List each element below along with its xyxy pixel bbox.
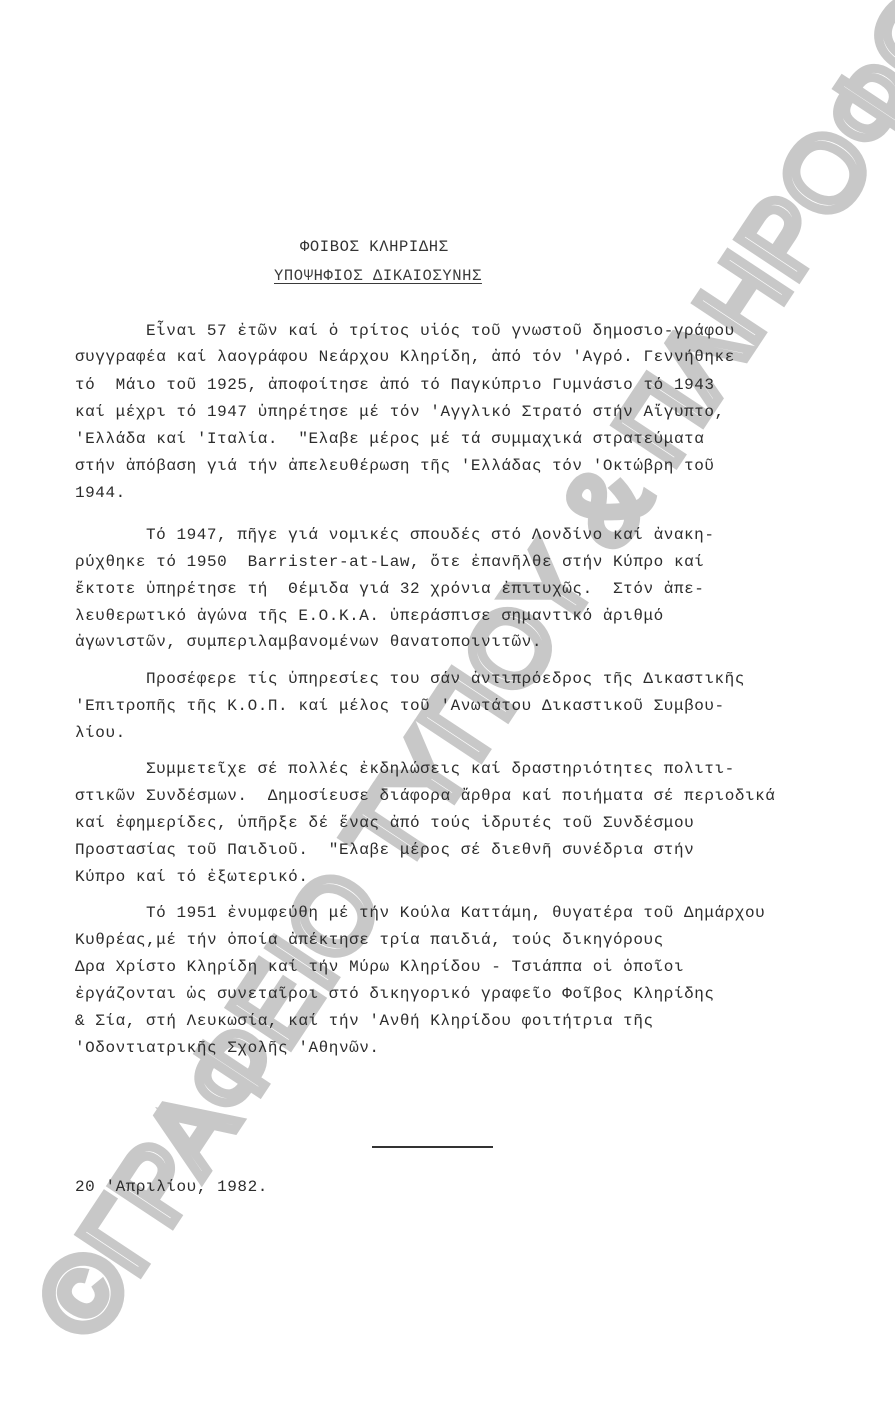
separator-rule <box>372 1146 493 1148</box>
text-line: 'Επιτροπῆς τῆς Κ.Ο.Π. καί μέλος τοῦ 'Ανω… <box>75 697 725 715</box>
text-line: Προσέφερε τίς ὑπηρεσίες του σάν ἀντιπρόε… <box>146 670 745 688</box>
text-line: Κυθρέας,μέ τήν ὁποία ἀπέκτησε τρία παιδι… <box>75 931 664 949</box>
text-line: 'Ελλάδα καί 'Ιταλία. "Ελαβε μέρος μέ τά … <box>75 430 704 448</box>
text-line: στήν ἀπόβαση γιά τήν ἀπελευθέρωση τῆς 'Ε… <box>75 457 715 475</box>
text-line: λευθερωτικό ἀγώνα τῆς Ε.Ο.Κ.Α. ὑπεράσπισ… <box>75 607 664 625</box>
text-line: συγγραφέα καί λαογράφου Νεάρχου Κληρίδη,… <box>75 348 735 366</box>
text-line: 'Οδοντιατρικῆς Σχολῆς 'Αθηνῶν. <box>75 1039 380 1057</box>
text-line: καί ἐφημερίδες, ὑπῆρξε δέ ἕνας ἀπό τούς … <box>75 814 694 832</box>
text-line: Τό 1947, πῆγε γιά νομικές σπουδές στό Λο… <box>146 526 715 544</box>
text-line: Συμμετεῖχε σέ πολλές ἐκδηλώσεις καί δρασ… <box>146 760 735 778</box>
text-line: καί μέχρι τό 1947 ὑπηρέτησε μέ τόν 'Αγγλ… <box>75 403 725 421</box>
document-date: 20 'Απριλίου, 1982. <box>75 1178 268 1196</box>
text-line: στικῶν Συνδέσμων. Δημοσίευσε διάφορα ἄρθ… <box>75 787 775 805</box>
text-line: ἀγωνιστῶν, συμπεριλαμβανομένων θανατοποι… <box>75 633 542 651</box>
text-line: λίου. <box>75 724 126 742</box>
text-line: ἐργάζονται ὡς συνεταῖροι στό δικηγορικό … <box>75 985 715 1003</box>
text-line: Εἶναι 57 ἐτῶν καί ὁ τρίτος υἱός τοῦ γνωσ… <box>146 322 735 340</box>
text-line: 1944. <box>75 484 126 502</box>
text-line: τό Μάιο τοῦ 1925, ἀποφοίτησε ἀπό τό Παγκ… <box>75 376 715 394</box>
document-title: ΦΟΙΒΟΣ ΚΛΗΡΙΔΗΣ <box>300 238 449 256</box>
document-page: ©ΓΡΑΦΕΙΟ ΤΥΠΟΥ & ΠΛΗΡΟΦΟΡΙΩΝ-ΡΙΟ ΦΟΙΒΟΣ … <box>0 0 895 1415</box>
text-line: Δρα Χρίστο Κληρίδη καί τήν Μύρω Κληρίδου… <box>75 958 684 976</box>
text-line: ἔκτοτε ὑπηρέτησε τή Θέμιδα γιά 32 χρόνια… <box>75 580 704 598</box>
document-subtitle: ΥΠΟΨΗΦΙΟΣ ΔΙΚΑΙΟΣΥΝΗΣ <box>274 267 482 285</box>
text-line: Προστασίας τοῦ Παιδιοῦ. "Ελαβε μέρος σέ … <box>75 841 694 859</box>
text-line: ρύχθηκε τό 1950 Barrister-at-Law, ὅτε ἐπ… <box>75 553 704 571</box>
text-line: Κύπρο καί τό ἐξωτερικό. <box>75 868 309 886</box>
text-line: & Σία, στή Λευκωσία, καί τήν 'Ανθή Κληρί… <box>75 1012 654 1030</box>
text-line: Τό 1951 ἐνυμφεύθη μέ τήν Κούλα Καττάμη, … <box>146 904 765 922</box>
